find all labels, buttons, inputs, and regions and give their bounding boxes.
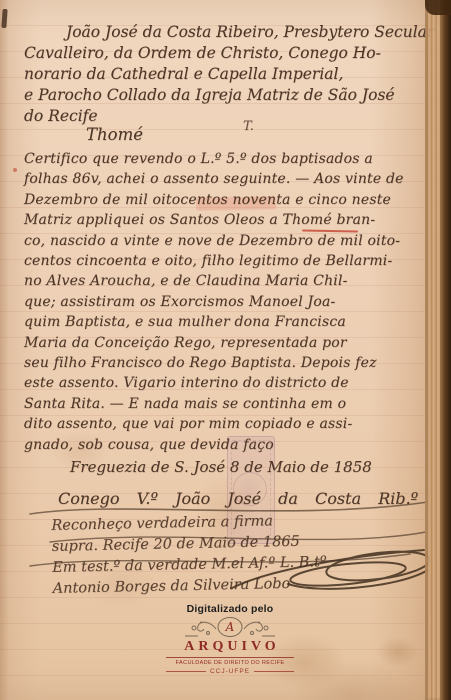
date-line: Freguezia de S. José 8 de Maio de 1858 <box>70 458 424 476</box>
arquivo-monogram: A <box>225 620 235 634</box>
manuscript-line: Matriz appliquei os Santos Oleos a Thomé… <box>24 210 424 230</box>
org-dash-left <box>166 671 206 672</box>
manuscript-line: Dezembro de mil oitocentos noventa e cin… <box>24 190 424 210</box>
opening-paragraph: João José da Costa Ribeiro, Presbytero S… <box>24 22 424 127</box>
manuscript-line: no Alves Aroucha, e de Claudina Maria Ch… <box>24 271 424 291</box>
watermark-rule <box>166 657 294 658</box>
manuscript-line: centos cincoenta e oito, filho legitimo … <box>24 251 424 271</box>
scanned-manuscript-page: João José da Costa Ribeiro, Presbytero S… <box>0 0 451 700</box>
top-right-corner-shadow <box>425 0 451 15</box>
manuscript-line: do Recife <box>24 106 424 127</box>
manuscript-line: Certifico que revendo o L.º 5.º dos bapt… <box>24 149 424 169</box>
manuscript-line: norario da Cathedral e Capella Imperial, <box>24 64 424 85</box>
manuscript-line: dito assento, que vai por mim copiado e … <box>24 414 424 434</box>
org-dash-right <box>254 671 294 672</box>
manuscript-line: co, nascido a vinte e nove de Dezembro d… <box>24 231 424 251</box>
watermark-subtitle: FACULDADE DE DIREITO DO RECIFE <box>138 660 322 666</box>
manuscript-line: gnado, sob cousa, que devida faço <box>24 435 424 455</box>
section-label: Thomé <box>86 125 143 144</box>
manuscript-line: que; assistiram os Exorcismos Manoel Joa… <box>24 292 424 312</box>
arquivo-emblem-icon: A <box>185 616 275 641</box>
arquivo-title: ARQUIVO <box>130 639 330 655</box>
manuscript-line: seu filho Francisco do Rego Baptista. De… <box>24 353 424 373</box>
manuscript-line: Cavalleiro, da Ordem de Christo, Conego … <box>24 43 424 64</box>
page-edge-strip <box>425 0 441 700</box>
manuscript-line: este assento. Vigario interino do distri… <box>24 373 424 393</box>
red-ink-dot <box>13 168 17 172</box>
book-binding-edge <box>440 0 451 700</box>
signature-flourish <box>228 536 438 602</box>
certificate-body: Certifico que revendo o L.º 5.º dos bapt… <box>24 149 424 455</box>
manuscript-line: Santa Rita. — E nada mais se continha em… <box>24 394 424 414</box>
paragraph-mark: T. <box>243 119 254 134</box>
watermark-org: CCJ-UFPE <box>210 668 250 675</box>
manuscript-line: folhas 86v, achei o assento seguinte. — … <box>24 169 424 189</box>
manuscript-line: quim Baptista, e sua mulher dona Francis… <box>24 312 424 332</box>
watermark-org-row: CCJ-UFPE <box>166 668 294 675</box>
manuscript-line: e Parocho Collado da Igreja Matriz de Sã… <box>24 85 424 106</box>
left-page-shade <box>0 0 9 700</box>
section-row: Thomé T. <box>24 127 424 147</box>
watermark-caption: Digitalizado pelo <box>130 603 330 615</box>
digitization-watermark: Digitalizado pelo A ARQUIVO FACULDADE <box>130 603 330 675</box>
manuscript-line: Maria da Conceição Rego, representada po… <box>24 333 424 353</box>
manuscript-line: João José da Costa Ribeiro, Presbytero S… <box>24 22 424 43</box>
